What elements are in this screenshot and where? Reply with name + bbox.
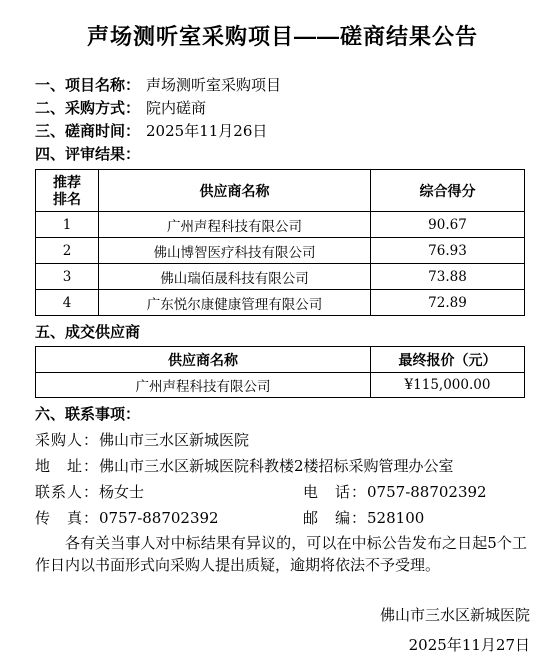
contact-line-address: 地 址：佛山市三水区新城医院科教楼2楼招标采购管理办公室 [35, 453, 530, 479]
table-header-row: 推荐 排名 供应商名称 综合得分 [36, 170, 525, 212]
table-row: 4 广东悦尔康健康管理有限公司 72.89 [36, 290, 525, 316]
contact-person: 联系人：杨女士 [35, 479, 303, 505]
header-rank-line1: 推荐 [36, 174, 98, 191]
address-value: 佛山市三水区新城医院科教楼2楼招标采购管理办公室 [99, 453, 454, 479]
contact-zip: 邮 编：528100 [303, 505, 424, 531]
signature-org: 佛山市三水区新城医院 [35, 600, 530, 630]
header-cell-score: 综合得分 [371, 170, 525, 212]
award-table-body: 广州声程科技有限公司 ¥115,000.00 [36, 373, 525, 398]
table-row: 3 佛山瑞佰晟科技有限公司 73.88 [36, 264, 525, 290]
contact-fax: 传 真：0757-88702392 [35, 505, 303, 531]
info-line-negotiation-date: 三、磋商时间：2025年11月26日 [35, 120, 530, 143]
table-row: 1 广州声程科技有限公司 90.67 [36, 212, 525, 238]
zip-label: 邮 编： [303, 509, 367, 527]
phone-value: 0757-88702392 [367, 483, 487, 501]
fax-value: 0757-88702392 [99, 509, 219, 527]
header-cell-rank: 推荐 排名 [36, 170, 99, 212]
person-value: 杨女士 [99, 483, 144, 501]
zip-value: 528100 [367, 509, 424, 527]
cell-rank: 1 [36, 212, 99, 238]
contact-line-fax-zip: 传 真：0757-88702392 邮 编：528100 [35, 505, 530, 531]
fax-label: 传 真： [35, 509, 99, 527]
purchaser-value: 佛山市三水区新城医院 [99, 427, 249, 453]
table-row: 2 佛山博智医疗科技有限公司 76.93 [36, 238, 525, 264]
cell-score: 76.93 [371, 238, 525, 264]
purchaser-label: 采购人： [35, 427, 99, 453]
phone-label: 电 话： [303, 483, 367, 501]
cell-score: 73.88 [371, 264, 525, 290]
award-section-heading: 五、成交供应商 [35, 322, 530, 343]
cell-supplier: 广州声程科技有限公司 [36, 373, 371, 398]
cell-price: ¥115,000.00 [371, 373, 525, 398]
table-row: 广州声程科技有限公司 ¥115,000.00 [36, 373, 525, 398]
info-line-review-results: 四、评审结果： [35, 143, 530, 166]
table-header-row: 供应商名称 最终报价（元） [36, 347, 525, 373]
address-label: 地 址： [35, 453, 99, 479]
info-list: 一、项目名称：声场测听室采购项目 二、采购方式：院内磋商 三、磋商时间：2025… [35, 74, 530, 166]
cell-rank: 2 [36, 238, 99, 264]
info-label-negotiation-date: 三、磋商时间： [35, 123, 140, 140]
info-line-project-name: 一、项目名称：声场测听室采购项目 [35, 74, 530, 97]
cell-rank: 3 [36, 264, 99, 290]
cell-rank: 4 [36, 290, 99, 316]
contact-line-purchaser: 采购人：佛山市三水区新城医院 [35, 427, 530, 453]
award-table: 供应商名称 最终报价（元） 广州声程科技有限公司 ¥115,000.00 [35, 346, 525, 398]
info-label-review-results: 四、评审结果： [35, 146, 140, 163]
review-table-header: 推荐 排名 供应商名称 综合得分 [36, 170, 525, 212]
review-table-body: 1 广州声程科技有限公司 90.67 2 佛山博智医疗科技有限公司 76.93 … [36, 212, 525, 316]
page-title: 声场测听室采购项目——磋商结果公告 [35, 22, 530, 52]
header-cell-supplier: 供应商名称 [99, 170, 371, 212]
person-label: 联系人： [35, 483, 99, 501]
signature-date: 2025年11月27日 [35, 630, 530, 657]
contact-phone: 电 话：0757-88702392 [303, 479, 487, 505]
contact-block: 采购人：佛山市三水区新城医院 地 址：佛山市三水区新城医院科教楼2楼招标采购管理… [35, 427, 530, 531]
cell-supplier: 广州声程科技有限公司 [99, 212, 371, 238]
info-label-project-name: 一、项目名称： [35, 77, 140, 94]
objection-notice: 各有关当事人对中标结果有异议的，可以在中标公告发布之日起5个工作日内以书面形式向… [35, 532, 527, 576]
header-rank-line2: 排名 [36, 191, 98, 208]
contact-line-person-phone: 联系人：杨女士 电 话：0757-88702392 [35, 479, 530, 505]
header-cell-price: 最终报价（元） [371, 347, 525, 373]
info-value-purchase-method: 院内磋商 [146, 99, 206, 117]
info-line-purchase-method: 二、采购方式：院内磋商 [35, 97, 530, 120]
award-table-header: 供应商名称 最终报价（元） [36, 347, 525, 373]
header-cell-supplier: 供应商名称 [36, 347, 371, 373]
cell-supplier: 广东悦尔康健康管理有限公司 [99, 290, 371, 316]
cell-supplier: 佛山博智医疗科技有限公司 [99, 238, 371, 264]
signature-block: 佛山市三水区新城医院 2025年11月27日 [35, 600, 530, 657]
document-page: 声场测听室采购项目——磋商结果公告 一、项目名称：声场测听室采购项目 二、采购方… [0, 0, 553, 657]
info-label-purchase-method: 二、采购方式： [35, 100, 140, 117]
contact-section-heading: 六、联系事项： [35, 404, 530, 425]
review-results-table: 推荐 排名 供应商名称 综合得分 1 广州声程科技有限公司 90.67 2 佛山… [35, 169, 525, 316]
cell-score: 72.89 [371, 290, 525, 316]
info-value-negotiation-date: 2025年11月26日 [146, 122, 267, 140]
info-value-project-name: 声场测听室采购项目 [146, 76, 281, 94]
cell-supplier: 佛山瑞佰晟科技有限公司 [99, 264, 371, 290]
cell-score: 90.67 [371, 212, 525, 238]
